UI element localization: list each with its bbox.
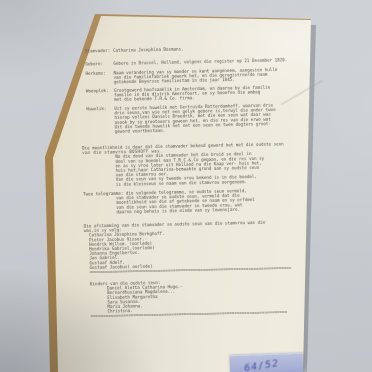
typewritten-text: Stamvader: Catharina Josephina Bosmans. … [85,43,312,372]
text-line: daarna nog behuis is die einde van sy le… [116,207,255,215]
text-line: Catharina Josephina Bosmans. [113,47,184,53]
text-line: Gebore in Brussel, Holland, volgens die … [113,58,287,66]
section-gebore: Gebore: Gebore in Brussel, Holland, volg… [85,58,287,67]
list-kinders-names: Kinders van die oudste seun: Daniel Alet… [90,278,287,319]
field-label: Stamvader: [85,48,110,53]
list-afstamming-names: Die afstamming van die stamvader se ouds… [84,220,292,275]
paragraph-afstamming: Die moontlikheid is daar dat die stamvad… [82,142,285,188]
field-label: Woonplek: [86,89,109,94]
inventory-sticker: 64/52 [230,353,304,372]
section-herkoms: Herkoms: Naam verandering van sy moeder … [85,67,277,85]
section-stamvader: Stamvader: Catharina Josephina Bosmans. [85,47,184,54]
field-label: Huwelik: [86,107,106,112]
photo-frame: Stamvader: Catharina Josephina Bosmans. … [0,0,372,372]
field-label: Gebore: [85,62,103,67]
field-label: Herkoms: [85,71,105,76]
section-woonplek: Woonplek: Grootgeword hoofsaaklik in Ams… [86,85,271,103]
section-huwelik: Huwelik: Uit sy eerste huwelik met Gertr… [86,103,276,135]
paragraph-telegramme: Twee telegramme: die volgende telegramme… [83,188,255,215]
sticker-handwriting: 64/52 [243,354,303,372]
